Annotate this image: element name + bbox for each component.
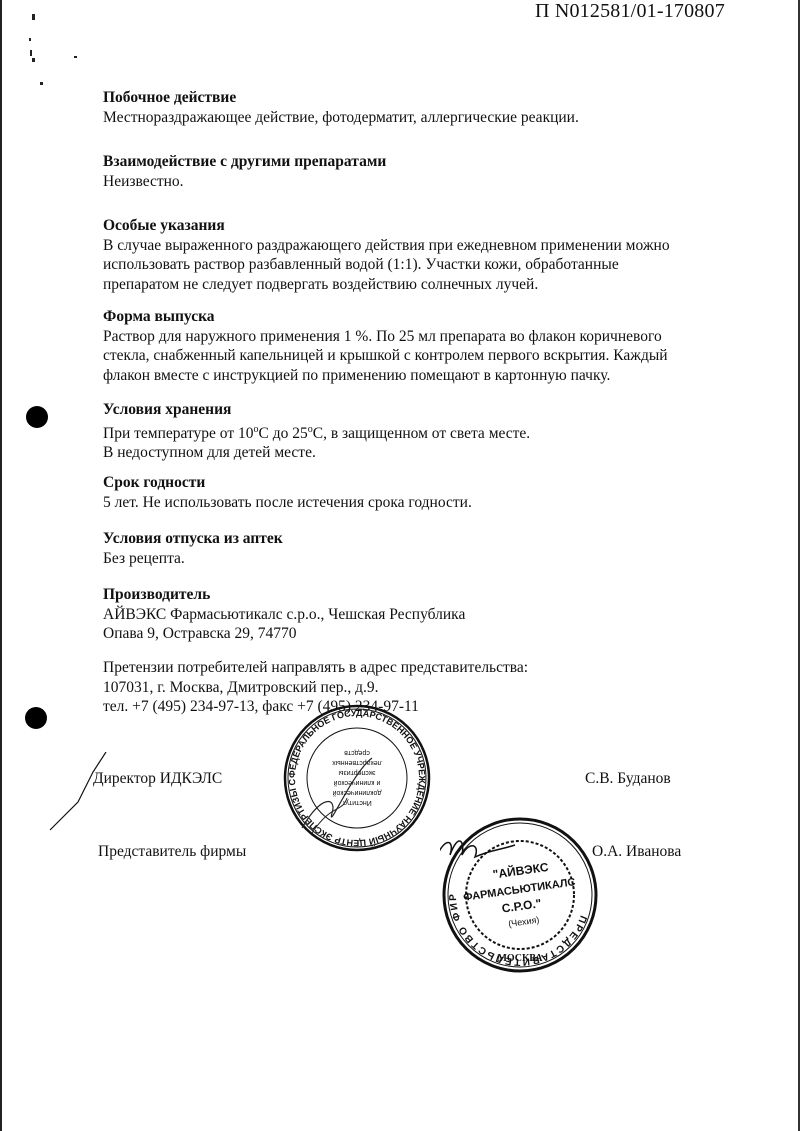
svg-text:"АЙВЭКС: "АЙВЭКС: [492, 859, 550, 882]
director-name: С.В. Буданов: [585, 770, 671, 788]
scan-speck: [30, 50, 32, 56]
section-text: Без рецепта.: [103, 549, 723, 569]
section-title: Побочное действие: [103, 88, 723, 108]
section-dispensing: Условия отпуска из аптек Без рецепта.: [103, 529, 723, 568]
document-number: П N012581/01-170807: [535, 0, 725, 23]
svg-text:лекарственных: лекарственных: [332, 759, 382, 766]
director-signature: [48, 752, 108, 832]
svg-text:и клинической: и клинической: [334, 779, 381, 787]
representative-label: Представитель фирмы: [98, 843, 246, 861]
svg-text:средств: средств: [344, 749, 370, 756]
section-text: АЙВЭКС Фармасьютикалс с.р.о., Чешская Ре…: [103, 605, 723, 625]
section-text: препаратом не следует подвергать воздейс…: [103, 275, 723, 295]
section-text: В случае выраженного раздражающего дейст…: [103, 236, 723, 256]
scan-speck: [29, 38, 31, 41]
section-title: Форма выпуска: [103, 307, 723, 327]
scan-speck: [74, 56, 77, 58]
section-title: Производитель: [103, 585, 723, 605]
svg-text:(Чехия): (Чехия): [508, 915, 540, 929]
director-label: Директор ИДКЭЛС: [93, 770, 222, 788]
svg-text:МОСКВА: МОСКВА: [497, 953, 543, 964]
section-text: использовать раствор разбавленный водой …: [103, 255, 723, 275]
section-interactions: Взаимодействие с другими препаратами Неи…: [103, 152, 723, 191]
section-text: В недоступном для детей месте.: [103, 443, 723, 463]
section-text: флакон вместе с инструкцией по применени…: [103, 366, 723, 386]
svg-text:С.Р.О.": С.Р.О.": [501, 896, 542, 915]
scan-speck: [32, 14, 35, 20]
section-side-effects: Побочное действие Местнораздражающее дей…: [103, 88, 723, 127]
company-stamp: ПРЕДСТАВИТЕЛЬСТВО ФИРМЫ МОСКВА "АЙВЭКС Ф…: [440, 815, 600, 975]
section-title: Срок годности: [103, 473, 723, 493]
section-title: Условия отпуска из аптек: [103, 529, 723, 549]
section-shelf-life: Срок годности 5 лет. Не использовать пос…: [103, 473, 723, 512]
section-title: Взаимодействие с другими препаратами: [103, 152, 723, 172]
scan-speck: [32, 58, 35, 62]
section-text: Раствор для наружного применения 1 %. По…: [103, 327, 723, 347]
punch-hole: [25, 707, 47, 729]
scan-speck: [40, 82, 43, 85]
section-text: Неизвестно.: [103, 172, 723, 192]
section-manufacturer: Производитель АЙВЭКС Фармасьютикалс с.р.…: [103, 585, 723, 644]
section-release-form: Форма выпуска Раствор для наружного прим…: [103, 307, 723, 385]
section-text: Местнораздражающее действие, фотодермати…: [103, 108, 723, 128]
institute-stamp: ФЕДЕРАЛЬНОЕ ГОСУДАРСТВЕННОЕ УЧРЕЖДЕНИЕ Н…: [282, 703, 432, 853]
page-left-edge: [0, 0, 2, 1131]
section-text: Претензии потребителей направлять в адре…: [103, 658, 723, 678]
section-text: При температуре от 10oС до 25oС, в защищ…: [103, 420, 723, 444]
section-text: 5 лет. Не использовать после истечения с…: [103, 493, 723, 513]
section-title: Особые указания: [103, 216, 723, 236]
section-text: стекла, снабженный капельницей и крышкой…: [103, 346, 723, 366]
section-special-instructions: Особые указания В случае выраженного раз…: [103, 216, 723, 294]
section-title: Условия хранения: [103, 400, 723, 420]
section-storage: Условия хранения При температуре от 10oС…: [103, 400, 723, 463]
svg-text:доклинической: доклинической: [332, 789, 381, 797]
punch-hole: [26, 406, 48, 428]
section-text: 107031, г. Москва, Дмитровский пер., д.9…: [103, 678, 723, 698]
section-text: Опава 9, Остравска 29, 74770: [103, 624, 723, 644]
representative-name: О.А. Иванова: [592, 843, 681, 861]
